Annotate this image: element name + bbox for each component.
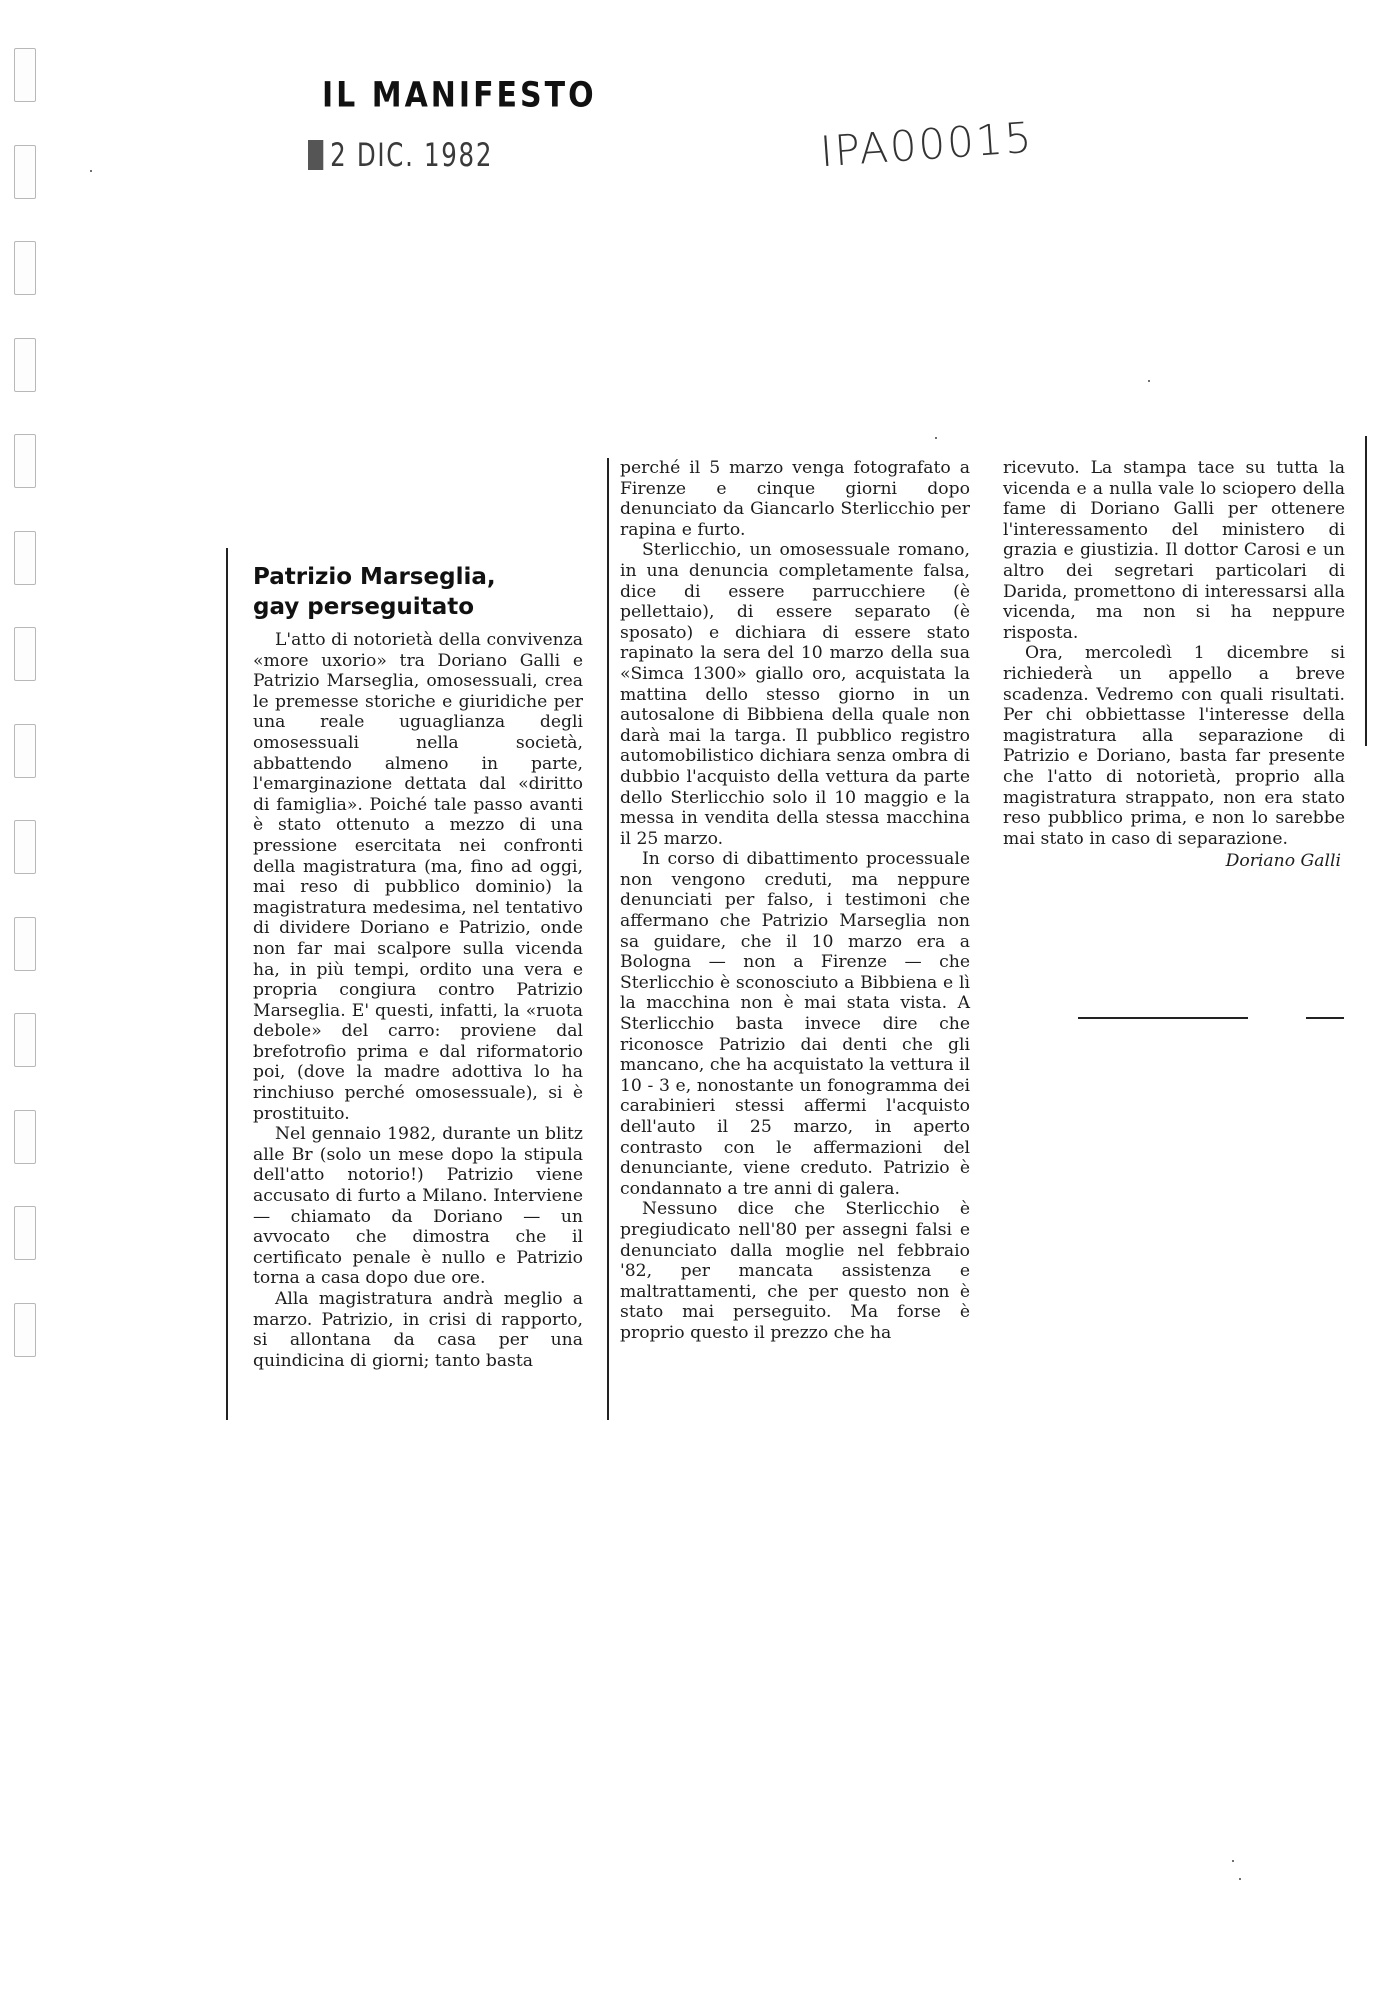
binder-hole [14, 1206, 36, 1260]
date-stamp: 2 DIC. 1982 [308, 136, 493, 174]
column-rule-right [1365, 436, 1367, 746]
headline-line-1: Patrizio Marseglia, [253, 562, 583, 592]
stamp-mark-icon [308, 140, 323, 170]
binder-hole [14, 1110, 36, 1164]
end-of-article-rule [1078, 1017, 1248, 1019]
column-rule-left [226, 548, 228, 1420]
scan-speck [1239, 1878, 1241, 1880]
headline: Patrizio Marseglia, gay perseguitato [253, 562, 583, 622]
scan-speck [1232, 1860, 1234, 1862]
byline: Doriano Galli [1003, 851, 1345, 872]
binder-hole [14, 724, 36, 778]
end-of-article-rule-2 [1306, 1017, 1344, 1019]
handwritten-archive-code: IPA00015 [819, 113, 1035, 177]
scan-speck [90, 170, 92, 172]
paragraph: perché il 5 marzo venga fotografato a Fi… [620, 458, 970, 540]
paragraph: Nessuno dice che Sterlicchio è pregiudic… [620, 1199, 970, 1343]
binder-hole [14, 338, 36, 392]
binder-hole [14, 1013, 36, 1067]
binder-hole [14, 145, 36, 199]
binder-hole [14, 434, 36, 488]
binder-hole [14, 241, 36, 295]
paragraph: In corso di dibattimento processuale non… [620, 849, 970, 1199]
article-column-1: L'atto di notorietà della convivenza «mo… [253, 630, 583, 1371]
date-stamp-text: 2 DIC. 1982 [330, 136, 493, 174]
paragraph: Nel gennaio 1982, durante un blitz alle … [253, 1124, 583, 1289]
paragraph: Sterlicchio, un omosessuale romano, in u… [620, 540, 970, 849]
paragraph: L'atto di notorietà della convivenza «mo… [253, 630, 583, 1124]
binder-hole [14, 820, 36, 874]
article-column-3: ricevuto. La stampa tace su tutta la vic… [1003, 458, 1345, 872]
paragraph: Ora, mercoledì 1 dicembre si richiederà … [1003, 643, 1345, 849]
binder-hole [14, 48, 36, 102]
paragraph: ricevuto. La stampa tace su tutta la vic… [1003, 458, 1345, 643]
headline-line-2: gay perseguitato [253, 592, 583, 622]
publication-name: IL MANIFESTO [322, 75, 597, 115]
binder-hole [14, 531, 36, 585]
binder-hole [14, 1303, 36, 1357]
scan-speck [1148, 380, 1150, 382]
column-rule-mid [607, 458, 609, 1420]
paragraph: Alla magistratura andrà meglio a marzo. … [253, 1289, 583, 1371]
binder-hole [14, 627, 36, 681]
article-column-2: perché il 5 marzo venga fotografato a Fi… [620, 458, 970, 1344]
scan-speck [935, 437, 937, 439]
binder-hole [14, 917, 36, 971]
